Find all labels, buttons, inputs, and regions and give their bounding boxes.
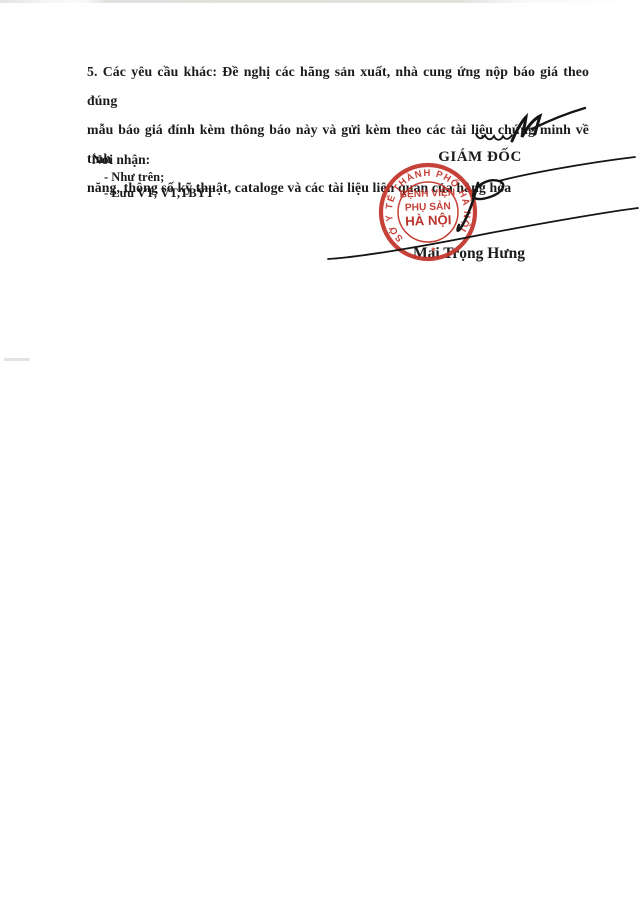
signature-descender [458, 183, 478, 231]
signature-paraph [512, 116, 540, 141]
signature-underline [328, 208, 638, 259]
recipients-list: - Như trên; - Lưu VT; VT,TBYT [92, 170, 214, 201]
signature-scribble [300, 95, 640, 280]
signature-upper-stroke [499, 157, 635, 181]
scan-artifact-left-dash [4, 358, 30, 361]
recipients-item: - Như trên; [104, 170, 214, 186]
signature-initials [476, 134, 512, 140]
scan-artifact-top-streak [0, 0, 640, 3]
recipients-item: - Lưu VT; VT,TBYT [104, 186, 214, 202]
recipients-heading: Nơi nhận: [92, 151, 214, 168]
recipients-block: Nơi nhận: - Như trên; - Lưu VT; VT,TBYT [92, 151, 214, 201]
